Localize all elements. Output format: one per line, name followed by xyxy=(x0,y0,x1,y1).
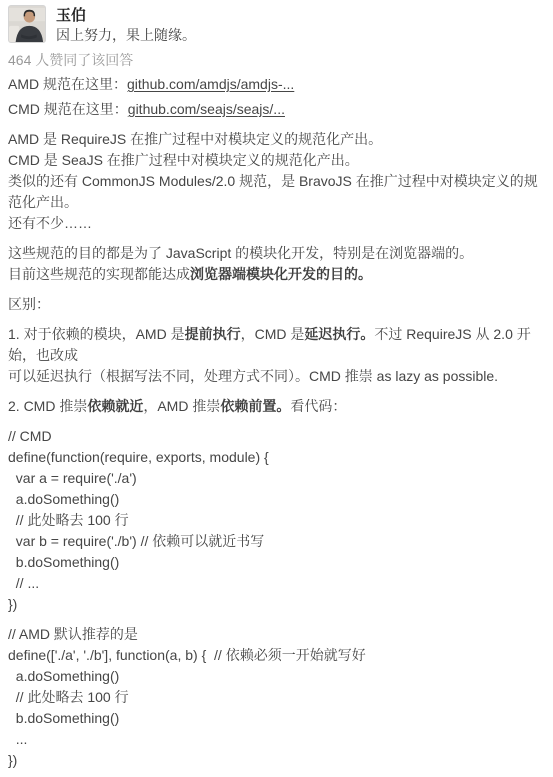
bold-text: 浏览器端模块化开发的目的。 xyxy=(190,266,372,282)
text-run: 1. 对于依赖的模块，AMD 是 xyxy=(8,326,185,342)
text-run: define(['./a', './b'], function(a, b) { … xyxy=(8,647,366,663)
external-link[interactable]: github.com/seajs/seajs/... xyxy=(128,101,285,117)
text-run: }) xyxy=(8,596,17,612)
answer-card: 玉伯 因上努力，果上随缘。 464 人赞同了该回答 AMD 规范在这里：gith… xyxy=(0,0,553,777)
text-run: CMD 规范在这里： xyxy=(8,101,128,117)
author-avatar[interactable] xyxy=(8,5,46,43)
text-run: // 此处略去 100 行 xyxy=(8,689,129,705)
text-run: 看代码： xyxy=(290,398,346,414)
paragraph: AMD 规范在这里：github.com/amdjs/amdjs-... xyxy=(8,74,546,95)
text-run: ，CMD 是 xyxy=(241,326,305,342)
text-run: 可以延迟执行（根据写法不同，处理方式不同）。CMD 推崇 as lazy as … xyxy=(8,368,498,384)
text-run: 类似的还有 CommonJS Modules/2.0 规范，是 BravoJS … xyxy=(8,173,538,210)
text-run: }) xyxy=(8,752,17,768)
text-run: CMD 是 SeaJS 在推广过程中对模块定义的规范化产出。 xyxy=(8,152,359,168)
text-run: var b = require('./b') // 依赖可以就近书写 xyxy=(8,533,264,549)
text-run: 目前这些规范的实现都能达成 xyxy=(8,266,190,282)
external-link[interactable]: github.com/amdjs/amdjs-... xyxy=(127,76,294,92)
answer-content: AMD 规范在这里：github.com/amdjs/amdjs-...CMD … xyxy=(8,74,546,771)
paragraph: CMD 规范在这里：github.com/seajs/seajs/... xyxy=(8,99,546,120)
paragraph: 这些规范的目的都是为了 JavaScript 的模块化开发，特别是在浏览器端的。… xyxy=(8,243,546,285)
author-info: 玉伯 因上努力，果上随缘。 xyxy=(56,5,196,45)
bold-text: 延迟执行。 xyxy=(304,326,374,342)
text-run: b.doSomething() xyxy=(8,554,119,570)
text-run: ... xyxy=(8,731,27,747)
avatar-photo-icon xyxy=(9,6,45,42)
text-run: AMD 规范在这里： xyxy=(8,76,127,92)
paragraph: AMD 是 RequireJS 在推广过程中对模块定义的规范化产出。CMD 是 … xyxy=(8,129,546,234)
bold-text: 依赖就近 xyxy=(87,398,143,414)
bold-text: 提前执行 xyxy=(185,326,241,342)
paragraph: 1. 对于依赖的模块，AMD 是提前执行，CMD 是延迟执行。不过 Requir… xyxy=(8,324,546,387)
author-name-link[interactable]: 玉伯 xyxy=(56,6,86,25)
bold-text: 依赖前置。 xyxy=(220,398,290,414)
text-run: b.doSomething() xyxy=(8,710,119,726)
text-run: ，AMD 推崇 xyxy=(143,398,220,414)
upvote-count-text: 464 人赞同了该回答 xyxy=(8,50,546,71)
text-run: 区别： xyxy=(8,296,50,312)
code-paragraph: // AMD 默认推荐的是define(['./a', './b'], func… xyxy=(8,624,546,771)
text-run: var a = require('./a') xyxy=(8,470,137,486)
text-run: 还有不少…… xyxy=(8,215,92,231)
text-run: // CMD xyxy=(8,428,52,444)
paragraph: 2. CMD 推崇依赖就近，AMD 推崇依赖前置。看代码： xyxy=(8,396,546,417)
text-run: define(function(require, exports, module… xyxy=(8,449,269,465)
author-bio: 因上努力，果上随缘。 xyxy=(56,26,196,45)
text-run: // AMD 默认推荐的是 xyxy=(8,626,138,642)
text-run: AMD 是 RequireJS 在推广过程中对模块定义的规范化产出。 xyxy=(8,131,382,147)
text-run: // 此处略去 100 行 xyxy=(8,512,129,528)
text-run: a.doSomething() xyxy=(8,668,119,684)
text-run: 这些规范的目的都是为了 JavaScript 的模块化开发，特别是在浏览器端的。 xyxy=(8,245,473,261)
code-paragraph: // CMDdefine(function(require, exports, … xyxy=(8,426,546,615)
text-run: a.doSomething() xyxy=(8,491,119,507)
answer-author-header: 玉伯 因上努力，果上随缘。 xyxy=(8,5,546,45)
text-run: 2. CMD 推崇 xyxy=(8,398,87,414)
text-run: // ... xyxy=(8,575,39,591)
paragraph: 区别： xyxy=(8,294,546,315)
